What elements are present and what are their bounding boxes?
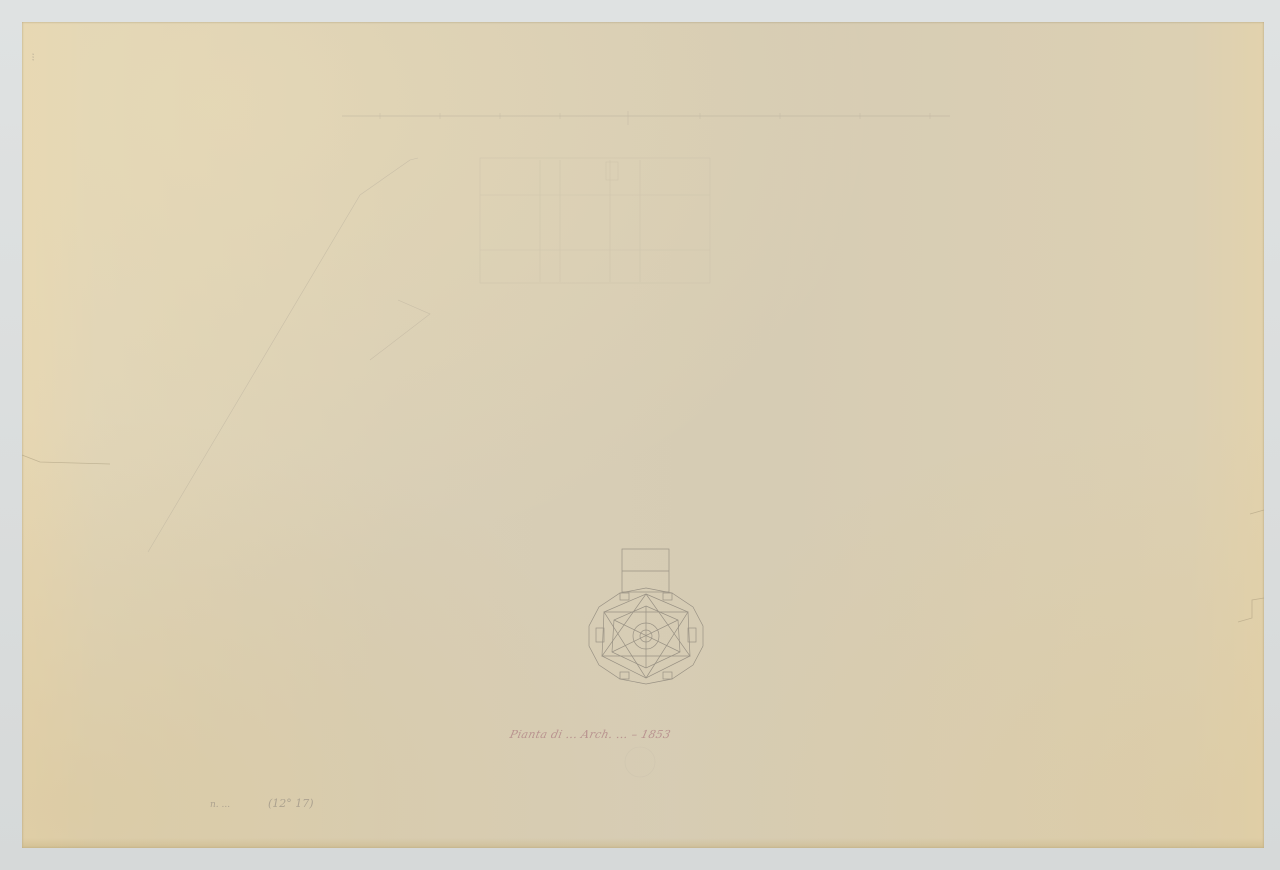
paper-creases — [22, 455, 1264, 622]
corner-mark: ... — [29, 53, 39, 62]
pencil-note: n. ... — [210, 800, 230, 810]
catalog-number: (12° 17) — [268, 797, 314, 810]
scale-line — [342, 111, 950, 125]
building-plan — [589, 549, 703, 684]
faint-stamp — [625, 747, 655, 777]
drawing-caption: Pianta di ... Arch. ... – 1853 — [509, 728, 672, 741]
faint-elevation-sketch — [480, 158, 710, 283]
construction-lines — [148, 158, 430, 552]
